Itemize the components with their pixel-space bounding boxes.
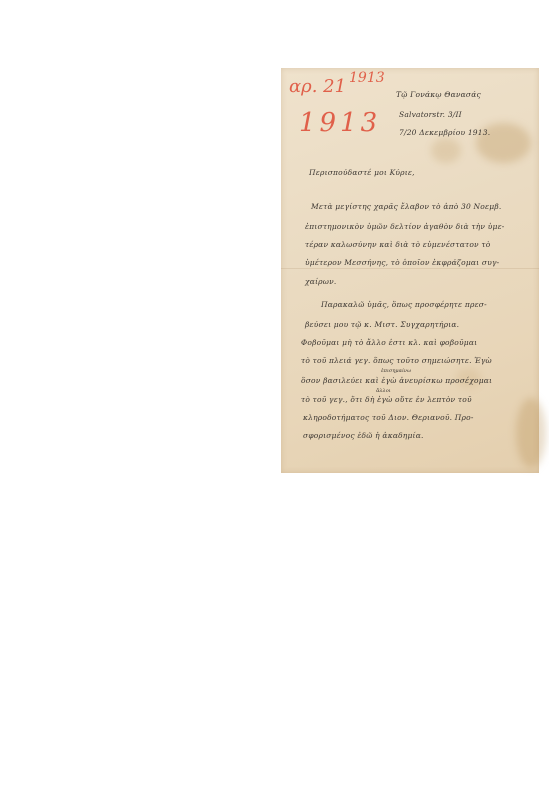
text-line: τὸ τοῦ πλειά γεγ. ὅπως τοῦτο σημειώσητε.… bbox=[301, 356, 492, 365]
text-line: ὑμέτερον Μεσσήνης, τὸ ὁποῖον ἐκφράζομαι … bbox=[305, 258, 499, 267]
stain bbox=[516, 398, 546, 468]
header-date: 7/20 Δεκεμβρίου 1913. bbox=[399, 128, 490, 137]
text-line: χαίρων. bbox=[305, 277, 336, 286]
red-annotation-big-year: 1913 bbox=[299, 108, 381, 138]
text-line: Μετὰ μεγίστης χαρᾶς ἔλαβον τὸ ἀπὸ 30 Νοε… bbox=[311, 202, 501, 211]
text-line: ὅσον βασιλεύει καὶ ἐγὼ ἀνευρίσκω προσέχο… bbox=[301, 376, 492, 385]
stain bbox=[431, 138, 461, 163]
text-line: Φοβοῦμαι μὴ τὸ ἄλλο ἐστι κλ. καὶ φοβοῦμα… bbox=[301, 338, 477, 347]
red-annotation-number: αρ. 21 bbox=[289, 76, 346, 97]
text-line: βεύσει μου τῷ κ. Μιστ. Συγχαρητήρια. bbox=[305, 320, 459, 329]
header-line: Salvatorstr. 3/II bbox=[399, 110, 462, 119]
inserted-word: ἐπισημαίνω bbox=[381, 368, 411, 374]
salutation: Περισπούδαστέ μοι Κύριε, bbox=[309, 168, 415, 177]
text-line: κληροδοτήματος τοῦ Διον. Θεριανοῦ. Προ- bbox=[303, 413, 474, 422]
inserted-word: ἄλλοι bbox=[376, 388, 391, 394]
letter-page: αρ. 21 1913 1913 Τῷ Γονάκῳ Θανασάς Salva… bbox=[281, 68, 539, 473]
text-line: τὸ τοῦ γεγ., ὅτι δὴ ἐγὼ οὔτε ἐν λεπτὸν τ… bbox=[301, 395, 472, 404]
header-line: Τῷ Γονάκῳ Θανασάς bbox=[396, 90, 481, 99]
fold-line bbox=[281, 268, 539, 269]
text-line: ἐπιστημονικὸν ὑμῶν δελτίον ἀγαθὸν διὰ τὴ… bbox=[305, 222, 505, 231]
red-annotation-year: 1913 bbox=[349, 70, 385, 86]
text-line: σφορισμένος ἐδῶ ἡ ἀκαδημία. bbox=[303, 431, 424, 440]
text-line: Παρακαλῶ ὑμᾶς, ὅπως προσφέρητε πρεσ- bbox=[321, 300, 487, 309]
text-line: τέραν καλωσύνην καὶ διὰ τὸ εὐμενέστατον … bbox=[305, 240, 490, 249]
